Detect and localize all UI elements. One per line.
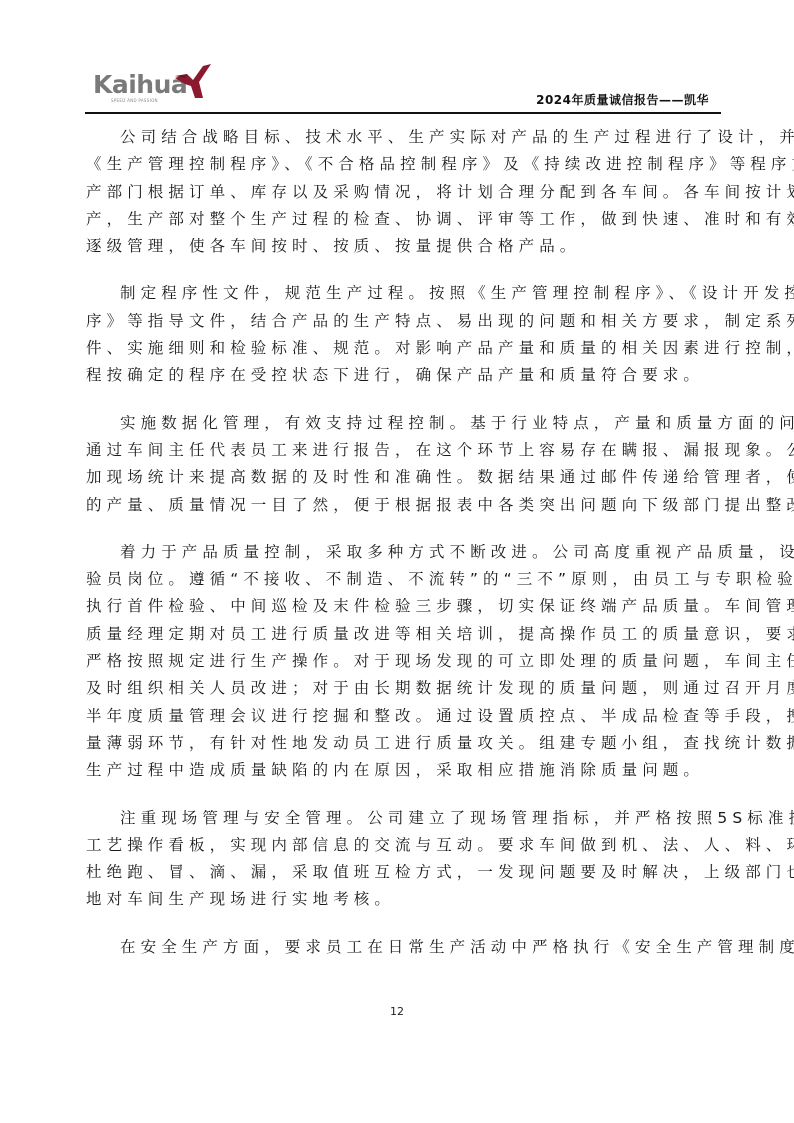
text-line: 工艺操作看板，实现内部信息的交流与互动。要求车间做到机、法、人、料、环一体化，	[86, 832, 714, 859]
text-line: 及时组织相关人员改进；对于由长期数据统计发现的质量问题，则通过召开月度、季度、	[86, 675, 714, 702]
text-line: 程按确定的程序在受控状态下进行，确保产品产量和质量符合要求。	[86, 362, 714, 389]
text-line: 件、实施细则和检验标准、规范。对影响产品产量和质量的相关因素进行控制，使生产过	[86, 335, 714, 362]
text-line: 着力于产品质量控制，采取多种方式不断改进。公司高度重视产品质量，设置专职检	[86, 539, 714, 566]
text-line: 产，生产部对整个生产过程的检查、协调、评审等工作，做到快速、准时和有效，并控制	[86, 206, 714, 233]
text-line: 产部门根据订单、库存以及采购情况，将计划合理分配到各车间。各车间按计划组织生	[86, 179, 714, 206]
paragraph: 公司结合战略目标、技术水平、生产实际对产品的生产过程进行了设计，并制定了《生产管…	[86, 124, 714, 260]
text-line: 的产量、质量情况一目了然，便于根据报表中各类突出问题向下级部门提出整改要求。	[86, 492, 714, 519]
document-body: 公司结合战略目标、技术水平、生产实际对产品的生产过程进行了设计，并制定了《生产管…	[86, 124, 714, 981]
paragraph: 制定程序性文件，规范生产过程。按照《生产管理控制程序》、《设计开发控制程序》等指…	[86, 280, 714, 389]
paragraph: 着力于产品质量控制，采取多种方式不断改进。公司高度重视产品质量，设置专职检验员岗…	[86, 539, 714, 785]
text-line: 加现场统计来提高数据的及时性和准确性。数据结果通过邮件传递给管理者，使其对每月	[86, 464, 714, 491]
header-divider	[85, 112, 721, 114]
hummingbird-logo-icon	[173, 64, 213, 100]
text-line: 公司结合战略目标、技术水平、生产实际对产品的生产过程进行了设计，并制定了	[86, 124, 714, 151]
text-line: 杜绝跑、冒、滴、漏，采取值班互检方式，一发现问题要及时解决，上级部门也会不定期	[86, 859, 714, 886]
logo-tagline: SPEED AND PASSION	[111, 98, 158, 103]
text-line: 《生产管理控制程序》、《不合格品控制程序》及《持续改进控制程序》等程序文件。生	[86, 151, 714, 178]
paragraph: 注重现场管理与安全管理。公司建立了现场管理指标，并严格按照5S标准执行。制作工艺…	[86, 805, 714, 914]
text-line: 实施数据化管理，有效支持过程控制。基于行业特点，产量和质量方面的问题往往是	[86, 410, 714, 437]
text-line: 严格按照规定进行生产操作。对于现场发现的可立即处理的质量问题，车间主任或检验员	[86, 648, 714, 675]
text-line: 序》等指导文件，结合产品的生产特点、易出现的问题和相关方要求，制定系列程序文	[86, 308, 714, 335]
page-header: Kaihua SPEED AND PASSION 2024年质量诚信报告——凯华	[85, 62, 721, 116]
text-line: 在安全生产方面，要求员工在日常生产活动中严格执行《安全生产管理制度》和《生	[86, 934, 714, 961]
text-line: 注重现场管理与安全管理。公司建立了现场管理指标，并严格按照5S标准执行。制作	[86, 805, 714, 832]
paragraph: 实施数据化管理，有效支持过程控制。基于行业特点，产量和质量方面的问题往往是通过车…	[86, 410, 714, 519]
text-line: 地对车间生产现场进行实地考核。	[86, 886, 714, 913]
report-title: 2024年质量诚信报告——凯华	[536, 91, 709, 108]
text-line: 通过车间主任代表员工来进行报告，在这个环节上容易存在瞒报、漏报现象。公司通过增	[86, 437, 714, 464]
text-line: 量薄弱环节，有针对性地发动员工进行质量攻关。组建专题小组，查找统计数据所反映的	[86, 730, 714, 757]
text-line: 生产过程中造成质量缺陷的内在原因，采取相应措施消除质量问题。	[86, 757, 714, 784]
text-line: 质量经理定期对员工进行质量改进等相关培训，提高操作员工的质量意识，要求车间工人	[86, 621, 714, 648]
text-line: 半年度质量管理会议进行挖掘和整改。通过设置质控点、半成品检查等手段，搜索产品质	[86, 703, 714, 730]
text-line: 逐级管理，使各车间按时、按质、按量提供合格产品。	[86, 233, 714, 260]
page-number: 12	[0, 1005, 794, 1018]
text-line: 制定程序性文件，规范生产过程。按照《生产管理控制程序》、《设计开发控制程	[86, 280, 714, 307]
kaihua-logo: Kaihua SPEED AND PASSION	[93, 64, 213, 108]
text-line: 执行首件检验、中间巡检及末件检验三步骤，切实保证终端产品质量。车间管理人员或者	[86, 593, 714, 620]
paragraph: 在安全生产方面，要求员工在日常生产活动中严格执行《安全生产管理制度》和《生	[86, 934, 714, 961]
text-line: 验员岗位。遵循“不接收、不制造、不流转”的“三不”原则，由员工与专职检验员严格	[86, 566, 714, 593]
